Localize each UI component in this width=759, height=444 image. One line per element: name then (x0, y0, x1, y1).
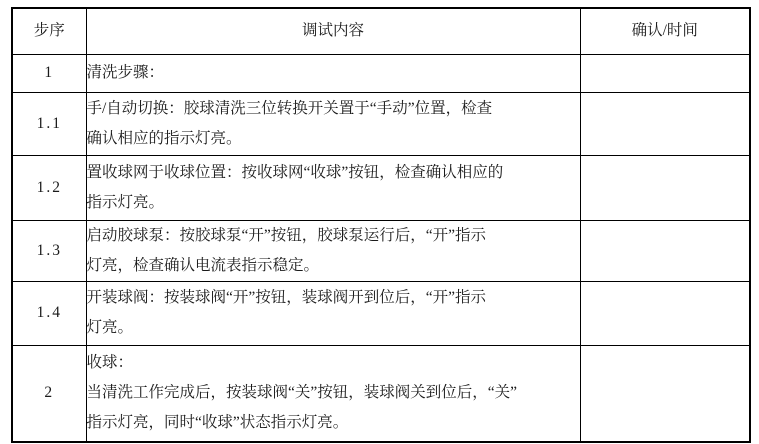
column-header-content: 调试内容 (86, 8, 580, 54)
commissioning-steps-table: 步序 调试内容 确认/时间 1 清洗步骤： 1.1 手/自动切换：胶球清洗三位转… (11, 7, 751, 443)
confirm-time-cell (580, 345, 750, 442)
confirm-time-cell (580, 220, 750, 281)
step-content-cell: 启动胶球泵：按胶球泵“开”按钮，胶球泵运行后，“开”指示 灯亮，检查确认电流表指… (86, 220, 580, 281)
step-number-cell: 1.3 (12, 220, 86, 281)
table-header-row: 步序 调试内容 确认/时间 (12, 8, 750, 54)
table-row: 2 收球： 当清洗工作完成后，按装球阀“关”按钮，装球阀关到位后，“关” 指示灯… (12, 345, 750, 442)
step-content-cell: 收球： 当清洗工作完成后，按装球阀“关”按钮，装球阀关到位后，“关” 指示灯亮，… (86, 345, 580, 442)
document-page: 步序 调试内容 确认/时间 1 清洗步骤： 1.1 手/自动切换：胶球清洗三位转… (0, 0, 759, 444)
table-row: 1 清洗步骤： (12, 54, 750, 92)
step-content-cell: 清洗步骤： (86, 54, 580, 92)
table-row: 1.1 手/自动切换：胶球清洗三位转换开关置于“手动”位置，检查 确认相应的指示… (12, 92, 750, 155)
step-number-cell: 1.2 (12, 155, 86, 220)
step-number-cell: 1.1 (12, 92, 86, 155)
table-row: 1.2 置收球网于收球位置：按收球网“收球”按钮，检查确认相应的 指示灯亮。 (12, 155, 750, 220)
step-content-cell: 开装球阀：按装球阀“开”按钮，装球阀开到位后，“开”指示 灯亮。 (86, 281, 580, 345)
table-row: 1.3 启动胶球泵：按胶球泵“开”按钮，胶球泵运行后，“开”指示 灯亮，检查确认… (12, 220, 750, 281)
step-number-cell: 1 (12, 54, 86, 92)
column-header-confirm-time: 确认/时间 (580, 8, 750, 54)
step-content-cell: 手/自动切换：胶球清洗三位转换开关置于“手动”位置，检查 确认相应的指示灯亮。 (86, 92, 580, 155)
confirm-time-cell (580, 54, 750, 92)
step-number-cell: 1.4 (12, 281, 86, 345)
confirm-time-cell (580, 281, 750, 345)
table-row: 1.4 开装球阀：按装球阀“开”按钮，装球阀开到位后，“开”指示 灯亮。 (12, 281, 750, 345)
column-header-step: 步序 (12, 8, 86, 54)
confirm-time-cell (580, 92, 750, 155)
confirm-time-cell (580, 155, 750, 220)
step-content-cell: 置收球网于收球位置：按收球网“收球”按钮，检查确认相应的 指示灯亮。 (86, 155, 580, 220)
step-number-cell: 2 (12, 345, 86, 442)
